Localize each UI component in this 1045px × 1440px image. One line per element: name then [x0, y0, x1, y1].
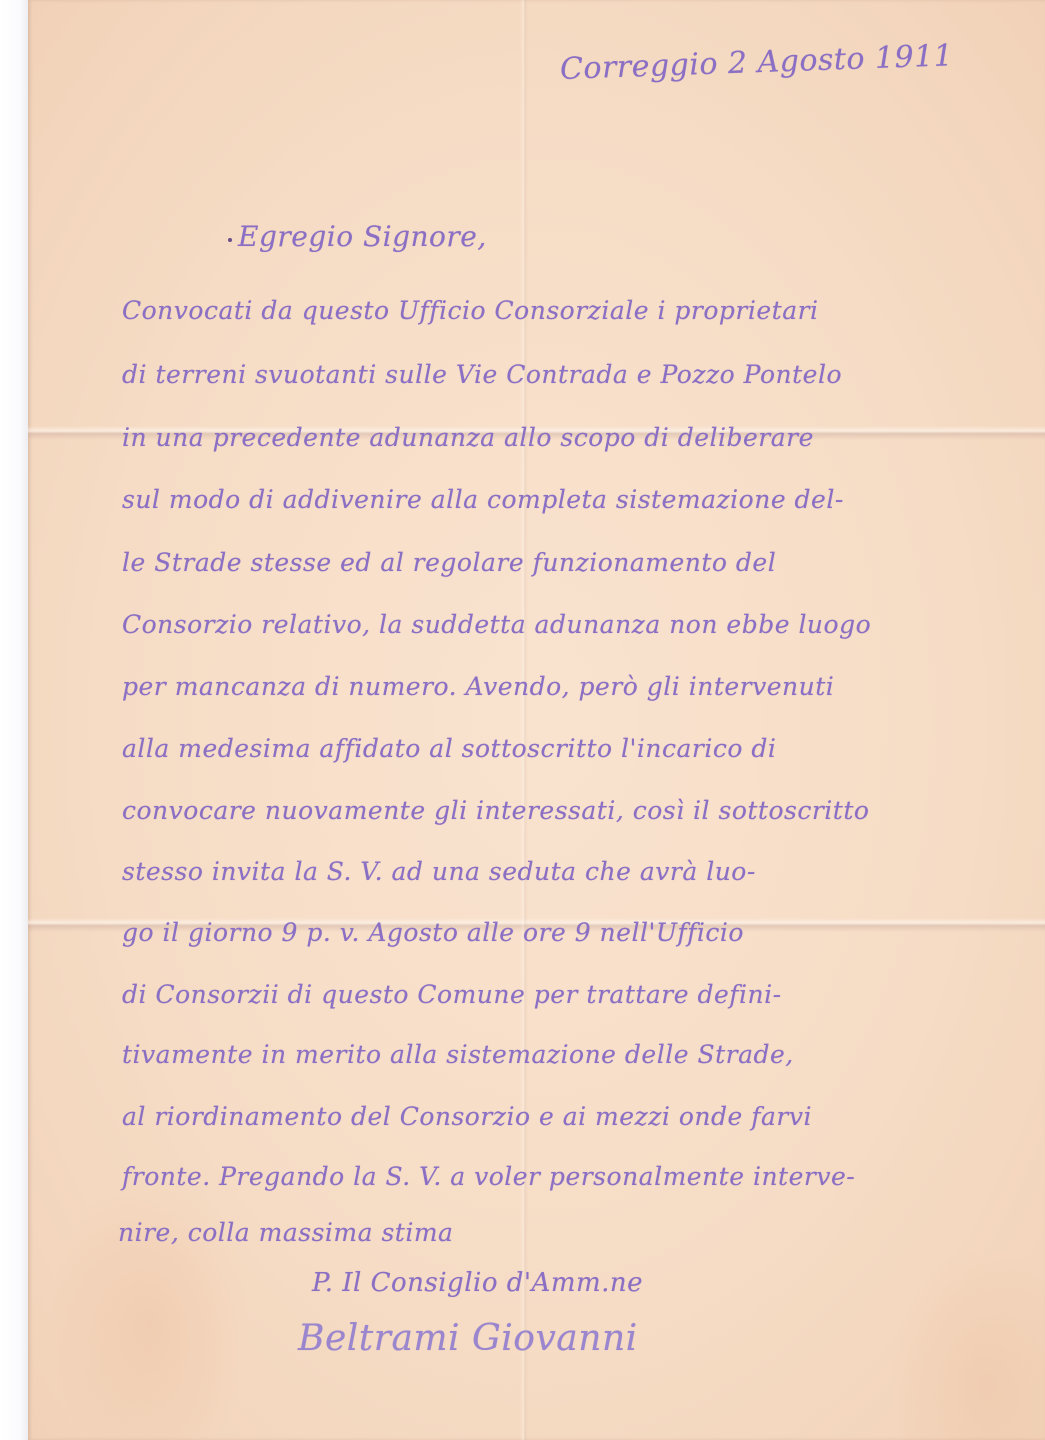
- letter-salutation: Egregio Signore,: [238, 220, 487, 253]
- body-line: di Consorzii di questo Comune per tratta…: [122, 980, 782, 1009]
- body-line: fronte. Pregando la S. V. a voler person…: [122, 1162, 855, 1191]
- signature: Beltrami Giovanni: [298, 1318, 638, 1359]
- body-line: convocare nuovamente gli interessati, co…: [122, 796, 869, 825]
- body-line: Convocati da questo Ufficio Consorziale …: [122, 296, 819, 325]
- body-line: per mancanza di numero. Avendo, però gli…: [122, 672, 834, 701]
- body-line: go il giorno 9 p. v. Agosto alle ore 9 n…: [122, 918, 744, 947]
- closing-title: P. Il Consiglio d'Amm.ne: [312, 1268, 643, 1298]
- body-line: tivamente in merito alla sistemazione de…: [122, 1040, 794, 1069]
- body-line: alla medesima affidato al sottoscritto l…: [122, 734, 776, 763]
- body-line: sul modo di addivenire alla completa sis…: [122, 485, 844, 514]
- body-line: di terreni svuotanti sulle Vie Contrada …: [122, 360, 842, 389]
- body-line: nire, colla massima stima: [118, 1218, 453, 1247]
- scan-margin: [0, 0, 28, 1440]
- body-line: in una precedente adunanza allo scopo di…: [122, 423, 814, 452]
- body-line: le Strade stesse ed al regolare funziona…: [122, 548, 776, 577]
- body-line: Consorzio relativo, la suddetta adunanza…: [122, 610, 871, 639]
- ink-dot: [228, 238, 232, 242]
- body-line: al riordinamento del Consorzio e ai mezz…: [122, 1102, 812, 1131]
- body-line: stesso invita la S. V. ad una seduta che…: [122, 857, 756, 886]
